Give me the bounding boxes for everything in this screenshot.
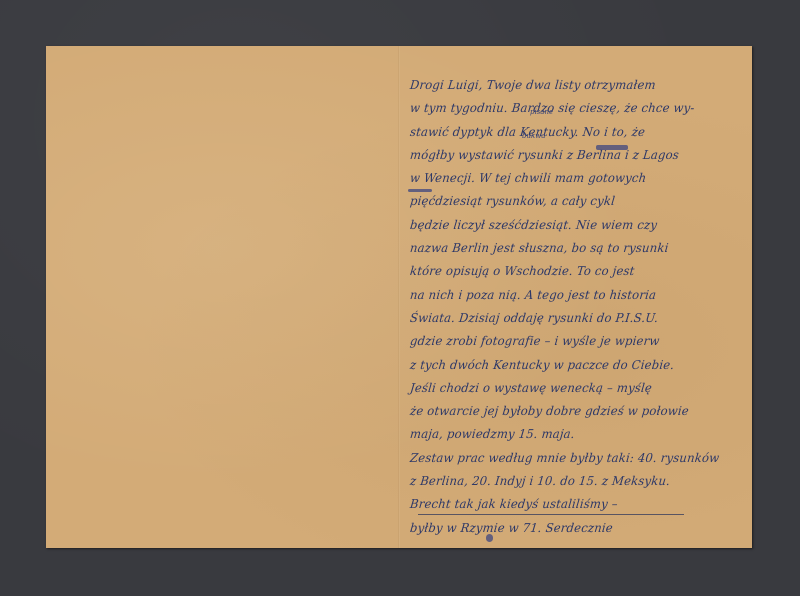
- letter-line: byłby w Rzymie w 71. Serdecznie: [409, 516, 750, 540]
- interlinear-annotation: bukwa: [522, 132, 545, 140]
- letter-line: pięćdziesiąt rysunków, a cały cykl: [409, 190, 750, 214]
- letter-line: stawić dyptyk dla Kentucky. No i to, że: [409, 120, 750, 144]
- letter-line: Jeśli chodzi o wystawę wenecką – myślę: [409, 376, 750, 400]
- letter-body: Drogi Luigi, Twoje dwa listy otrzymałem …: [410, 74, 748, 540]
- letter-line: Drogi Luigi, Twoje dwa listy otrzymałem: [409, 73, 750, 97]
- letter-line: maja, powiedzmy 15. maja.: [409, 423, 750, 447]
- letter-line: w tym tygodniu. Bardzo się cieszę, że ch…: [409, 97, 750, 121]
- crossed-out-word: [596, 145, 628, 150]
- letter-line: że otwarcie jej byłoby dobre gdzieś w po…: [409, 400, 750, 424]
- letter-line: gdzie zrobi fotografie – i wyśle je wpie…: [409, 330, 750, 354]
- letter-line: Zestaw prac według mnie byłby taki: 40. …: [409, 446, 750, 470]
- letter-line: na nich i poza nią. A tego jest to histo…: [409, 283, 750, 307]
- letter-line: w Wenecji. W tej chwili mam gotowych: [409, 167, 750, 191]
- letter-line: Świata. Dzisiaj oddaję rysunki do P.I.S.…: [409, 306, 750, 330]
- letter-line: mógłby wystawić rysunki z Berlina i z La…: [409, 143, 750, 167]
- letter-line: które opisują o Wschodzie. To co jest: [409, 260, 750, 284]
- closing-underline: [418, 514, 684, 515]
- left-page-blank: [46, 46, 399, 548]
- right-page-handwritten: Drogi Luigi, Twoje dwa listy otrzymałem …: [400, 46, 752, 548]
- letter-sheet: Drogi Luigi, Twoje dwa listy otrzymałem …: [46, 46, 752, 548]
- crossed-out-word: [408, 189, 432, 192]
- letter-line: będzie liczył sześćdziesiąt. Nie wiem cz…: [409, 213, 750, 237]
- interlinear-annotation: pisane: [530, 108, 553, 116]
- letter-line: z Berlina, 20. Indyj i 10. do 15. z Meks…: [409, 469, 750, 493]
- crossed-out-word: [486, 534, 493, 542]
- letter-line: nazwa Berlin jest słuszna, bo są to rysu…: [409, 236, 750, 260]
- letter-line: z tych dwóch Kentucky w paczce do Ciebie…: [409, 353, 750, 377]
